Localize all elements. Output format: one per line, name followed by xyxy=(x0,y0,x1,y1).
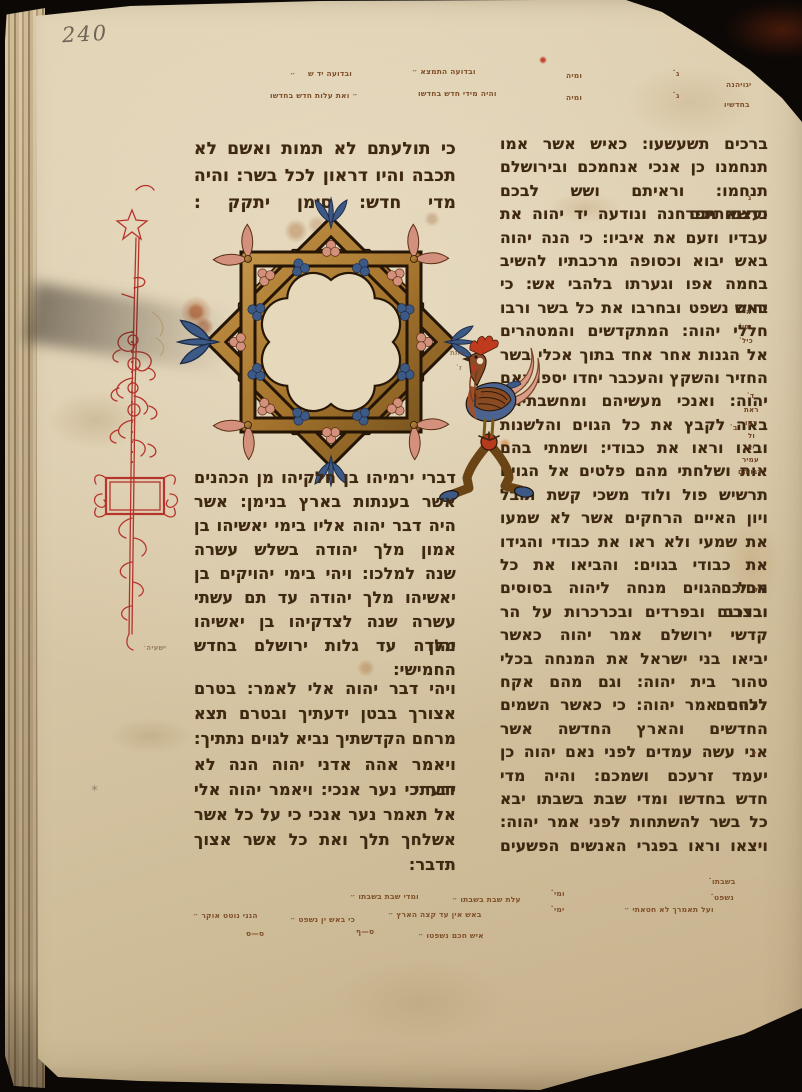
text-line: ברכים תשעשעו: כאיש אשר אמו xyxy=(500,133,768,156)
text-line: באש יבוא וכסופה מרכבתיו להשיב xyxy=(500,250,768,273)
text-line: עשרה שנה לצדקיהו בן יאשיהו מלך xyxy=(194,610,456,634)
text-line: החדשים והארץ החדשה אשר xyxy=(500,718,768,741)
text-line: אשלחך תלך ואת כל אשר אצוך תדבר: xyxy=(194,827,456,852)
text-line: את כבודי בגוים: והביאו את כל אחיכם xyxy=(500,554,768,577)
rooster-neck xyxy=(469,353,486,386)
text-line: יעמד זרעכם ושמכם: והיה מדי xyxy=(500,765,768,788)
text-line: ויהי דבר יהוה אלי לאמר: בטרם xyxy=(194,676,456,701)
text-line: את שמעי ולא ראו את כבודי והגידו xyxy=(500,531,768,554)
rooster-comb xyxy=(470,336,498,355)
text-line: אשר בענתות בארץ בנימן: אשר xyxy=(194,490,456,514)
text-line: יאשיהו מלך יהודה עד תם עשתי xyxy=(194,586,456,610)
text-column-left-jeremiah-1: דברי ירמיהו בן חלקיהו מן הכהניםאשר בענתו… xyxy=(194,466,456,658)
text-line: תנחמו: וראיתם ושש לבכם ועצמותיכם xyxy=(500,180,768,203)
flourish-cartouche xyxy=(106,478,164,514)
text-line: ללוים אמר יהוה: כי כאשר השמים xyxy=(500,694,768,717)
text-line: דברי ירמיהו בן חלקיהו מן הכהנים xyxy=(194,466,456,490)
text-line: תנחמנו כן אנכי אנחמכם ובירושלם xyxy=(500,156,768,179)
folio-number: 240 xyxy=(61,21,108,47)
text-line: החזיר והשקץ והעכבר יחדו יספו נאם xyxy=(500,367,768,390)
text-line: טהור בית יהוה: וגם מהם אקח לכהנים xyxy=(500,671,768,694)
text-line: יביאו בני ישראל את המנחה בכלי xyxy=(500,648,768,671)
text-line: חללי יהוה: המתקדשים והמטהרים xyxy=(500,320,768,343)
red-penwork-flourish xyxy=(92,182,187,652)
text-line: חדש בחדשו ומדי שבת בשבתו יבא xyxy=(500,788,768,811)
text-line: באה לקבץ את כל הגוים והלשנות xyxy=(500,414,768,437)
text-line: היה דבר יהוה אליו בימי יאשיהו בן xyxy=(194,514,456,538)
text-line: כי תולעתם לא תמות ואשם לא xyxy=(194,136,456,163)
text-line: יהודה עד גלות ירושלם בחדש החמישי: xyxy=(194,634,456,658)
text-line: ויצאו וראו בפגרי האנשים הפשעים xyxy=(500,835,768,858)
rooster-eye xyxy=(475,356,478,359)
text-line: אמון מלך יהודה בשלש עשרה xyxy=(194,538,456,562)
text-line: ובאו וראו את כבודי: ושמתי בהם xyxy=(500,437,768,460)
text-line: שנה למלכו: ויהי בימי יהויקים בן xyxy=(194,562,456,586)
rooster-beak xyxy=(462,356,470,362)
text-line: יהוה נשפט ובחרבו את כל בשר ורבו xyxy=(500,297,768,320)
text-line: עבדיו וזעם את איביו: כי הנה יהוה xyxy=(500,227,768,250)
text-line: יהוה: ואנכי מעשיהם ומחשבתיהם xyxy=(500,390,768,413)
text-line: ובצבים ובפרדים ובכרכרות על הר xyxy=(500,601,768,624)
pencil-star-mark: ✶ xyxy=(90,782,99,795)
text-line: תרשיש פול ולוד משכי קשת תובל xyxy=(500,484,768,507)
text-line: דבר כי נער אנכי: ויאמר יהוה אלי xyxy=(194,777,456,802)
text-line: אל תאמר נער אנכי כי על כל אשר xyxy=(194,802,456,827)
text-line: ויון האיים הרחקים אשר לא שמעו xyxy=(500,507,768,530)
text-line: אל הגנות אחר אחד בתוך אכלי בשר xyxy=(500,344,768,367)
text-line: בחמה אפו וגערתו בלהבי אש: כי באש xyxy=(500,273,768,296)
text-line: כדשא תפרחנה ונודעה יד יהוה את xyxy=(500,203,768,226)
manuscript-photo: 240 ✶ ״ובדועה יד שובדועה התמצא ״ומיהג̇יג… xyxy=(0,0,802,1092)
text-column-right: ברכים תשעשעו: כאיש אשר אמותנחמנו כן אנכי… xyxy=(500,133,768,858)
blue-shoe-right xyxy=(514,485,534,498)
text-line: תכבה והיו דראון לכל בשר: והיה xyxy=(194,163,456,190)
text-line: אצורך בבטן ידעתיך ובטרם תצא xyxy=(194,701,456,726)
text-line: קדשי ירושלם אמר יהוה כאשר xyxy=(500,624,768,647)
text-line: כל בשר להשתחות לפני אמר יהוה: xyxy=(500,811,768,834)
text-line: מרחם הקדשתיך נביא לגוים נתתיך: xyxy=(194,726,456,751)
text-line: מכל הגוים מנחה ליהוה בסוסים וברכב xyxy=(500,577,768,600)
text-line: אני עשה עמדים לפני נאם יהוה כן xyxy=(500,741,768,764)
text-line: ויאמר אהה אדני יהוה הנה לא ידעתי xyxy=(194,752,456,777)
text-line: אות ושלחתי מהם פלטים אל הגוים xyxy=(500,460,768,483)
text-column-left-jeremiah-2: ויהי דבר יהוה אלי לאמר: בטרםאצורך בבטן י… xyxy=(194,676,456,852)
flourish-top-hook xyxy=(136,186,154,191)
flourish-star xyxy=(117,210,147,239)
